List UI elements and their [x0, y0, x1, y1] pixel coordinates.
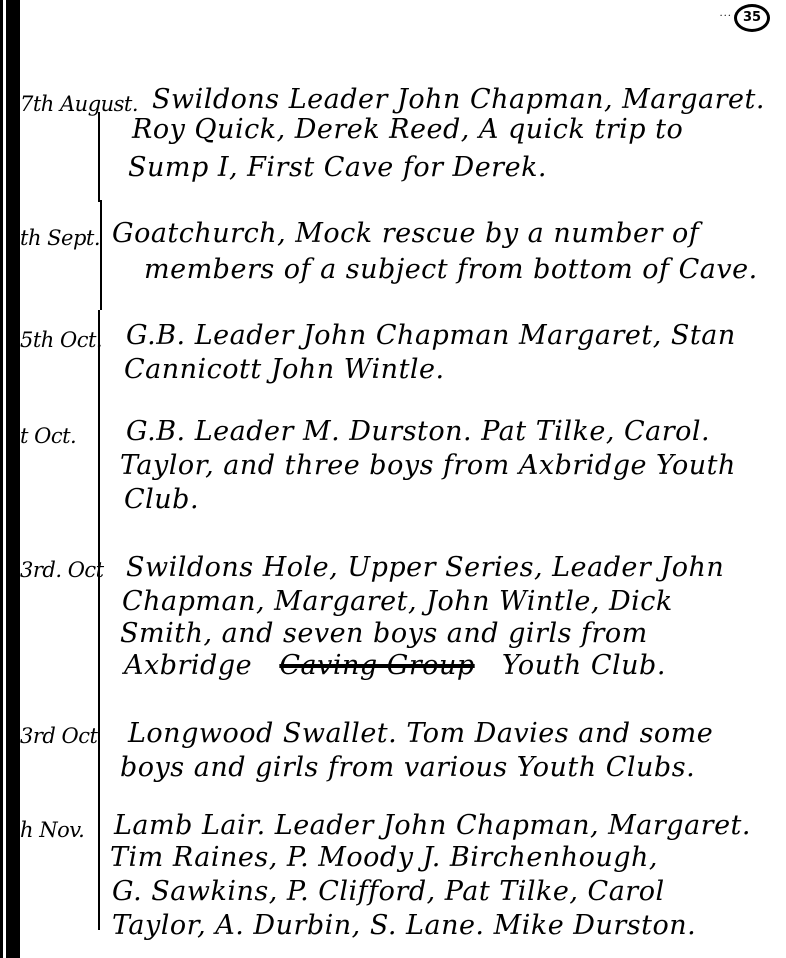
entry-line: boys and girls from various Youth Clubs.: [120, 752, 695, 783]
page-binding-edge: [0, 0, 3, 958]
margin-rule: [98, 560, 100, 700]
entry-date: t Oct.: [20, 424, 76, 448]
line-text: Axbridge: [124, 650, 252, 681]
entry-line: members of a subject from bottom of Cave…: [144, 254, 758, 285]
entry-line-with-correction: Axbridge Caving Group Youth Club.: [124, 650, 666, 681]
page-mark: ...: [719, 8, 732, 19]
entry-date: 3rd. Oct: [20, 558, 104, 582]
entry-line: Taylor, A. Durbin, S. Lane. Mike Durston…: [112, 910, 696, 941]
struck-text: Caving Group: [279, 650, 474, 681]
margin-rule: [98, 700, 100, 800]
entry-line: Tim Raines, P. Moody J. Birchenhough,: [110, 842, 658, 873]
entry-line: Chapman, Margaret, John Wintle, Dick: [122, 586, 673, 617]
entry-date: h Nov.: [20, 818, 84, 842]
entry-line: G.B. Leader John Chapman Margaret, Stan: [126, 320, 736, 351]
entry-line: Lamb Lair. Leader John Chapman, Margaret…: [114, 810, 751, 841]
page-binding-shadow: [6, 0, 20, 958]
entry-line: Roy Quick, Derek Reed, A quick trip to: [132, 114, 683, 145]
entry-line: Cannicott John Wintle.: [124, 354, 445, 385]
margin-rule: [98, 310, 100, 420]
entry-line: Taylor, and three boys from Axbridge You…: [120, 450, 736, 481]
entry-date: 3rd Oct: [20, 724, 97, 748]
entry-line: G.B. Leader M. Durston. Pat Tilke, Carol…: [126, 416, 710, 447]
entry-line: Goatchurch, Mock rescue by a number of: [112, 218, 699, 249]
entry-date: 5th Oct.: [20, 328, 102, 352]
line-text: Youth Club.: [502, 650, 666, 681]
entry-line: G. Sawkins, P. Clifford, Pat Tilke, Caro…: [112, 876, 665, 907]
entry-date: th Sept.: [20, 226, 100, 250]
entry-line: Smith, and seven boys and girls from: [120, 618, 648, 649]
margin-rule: [100, 200, 102, 310]
entry-line: Longwood Swallet. Tom Davies and some: [128, 718, 713, 749]
entry-line: Swildons Leader John Chapman, Margaret.: [152, 84, 765, 115]
entry-line: Swildons Hole, Upper Series, Leader John: [126, 552, 724, 583]
entry-line: Club.: [124, 484, 199, 515]
margin-rule: [98, 112, 100, 202]
entry-line: Sump I, First Cave for Derek.: [128, 152, 547, 183]
margin-rule: [98, 420, 100, 560]
page-number: 35: [734, 4, 770, 32]
margin-rule: [98, 800, 100, 930]
entry-date: 7th August.: [20, 92, 138, 116]
